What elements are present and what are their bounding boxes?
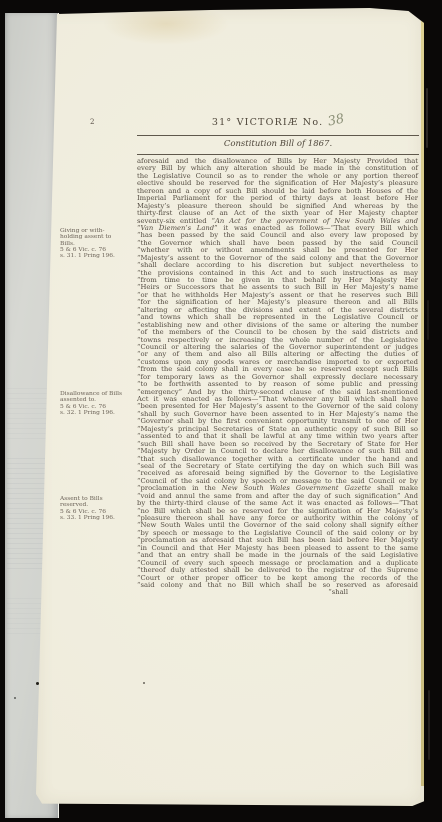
- margin-note-line: s. 33. 1 Pring 196.: [60, 515, 134, 521]
- document-page: 2 31° VICTORIÆ No. 38 Constitution Bill …: [36, 8, 424, 806]
- running-header: 31° VICTORIÆ No. 38: [137, 114, 419, 132]
- ink-speck: [36, 682, 39, 685]
- margin-note: Assent to Billsreserved.5 & 6 Vic. c. 76…: [60, 496, 134, 521]
- margin-note: Giving or with-holding assent toBills.5 …: [60, 228, 134, 259]
- margin-note-line: s. 32. 1 Pring 196.: [60, 410, 134, 416]
- book-scan: 2 31° VICTORIÆ No. 38 Constitution Bill …: [0, 0, 442, 822]
- ink-speck: [143, 682, 145, 684]
- page-edge-line: [426, 88, 428, 148]
- page-edge-line: [428, 690, 430, 760]
- catchword: “shall: [137, 588, 418, 596]
- document-subtitle: Constitution Bill of 1867.: [137, 139, 419, 149]
- page-number: 2: [90, 118, 94, 126]
- ink-speck: [14, 697, 16, 699]
- body-text: aforesaid and the disallowance of Bills …: [137, 158, 418, 589]
- header-title: 31° VICTORIÆ No.: [212, 117, 323, 128]
- margin-note: Disallowance of Billsassented to.5 & 6 V…: [60, 391, 134, 416]
- handwritten-number: 38: [326, 111, 345, 129]
- header-rule-bottom: [137, 154, 419, 155]
- page-edge-line: [427, 300, 429, 340]
- header-rule-top: [137, 135, 419, 136]
- margin-note-line: s. 31. 1 Pring 196.: [60, 253, 134, 259]
